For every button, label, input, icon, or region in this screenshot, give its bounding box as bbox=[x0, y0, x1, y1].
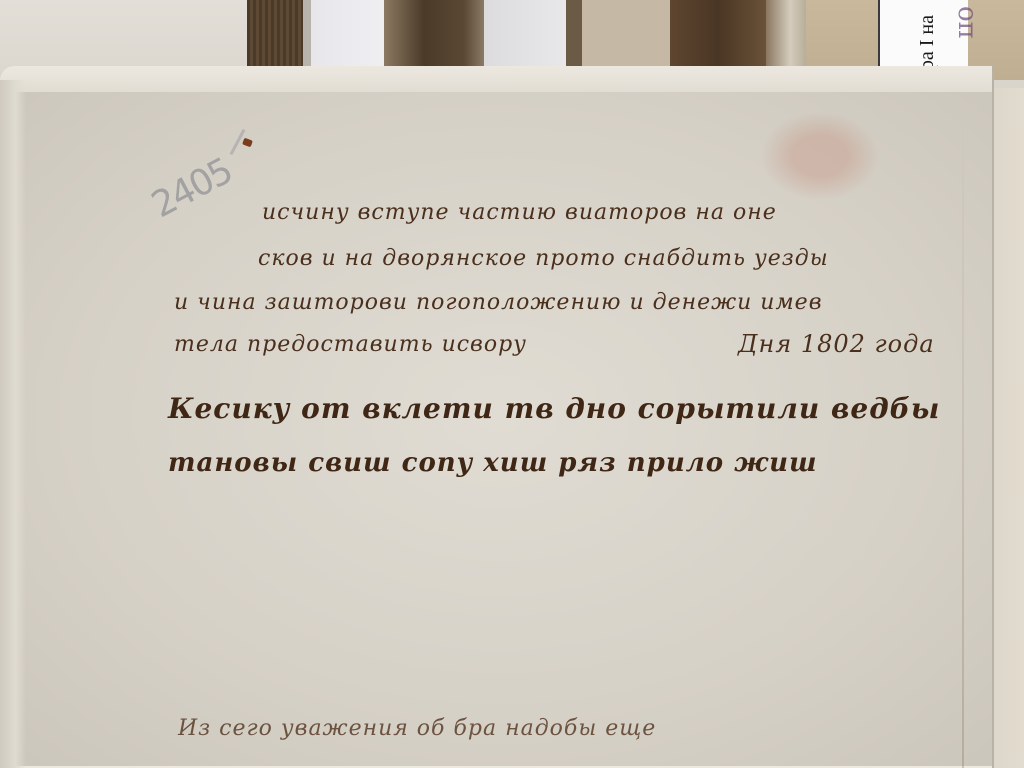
folder-ink-mark: оп bbox=[952, 6, 982, 39]
handwritten-line: сков и на дворянское прото снабдить уезд… bbox=[258, 246, 958, 271]
page-left-edge bbox=[0, 80, 26, 768]
handwritten-line: и чина зашторови погоположению и денежи … bbox=[174, 290, 954, 315]
handwritten-line: тела предоставить исвору bbox=[174, 332, 734, 357]
handwritten-date: Дня 1802 года bbox=[738, 330, 935, 358]
handwritten-signature-line: Кесику от вклети тв дно сорытили ведбы bbox=[168, 392, 968, 425]
cardboard-board bbox=[0, 0, 248, 72]
handwritten-footer-line: Из сего уважения об бра надобы еще bbox=[178, 716, 878, 741]
handwritten-line: исчину вступе частию виаторов на оне bbox=[262, 200, 962, 225]
page-top-edge bbox=[0, 66, 992, 92]
handwritten-signature-line: тановы свиш сопу хиш ряз прило жиш bbox=[168, 448, 948, 478]
page-fold bbox=[962, 100, 964, 768]
